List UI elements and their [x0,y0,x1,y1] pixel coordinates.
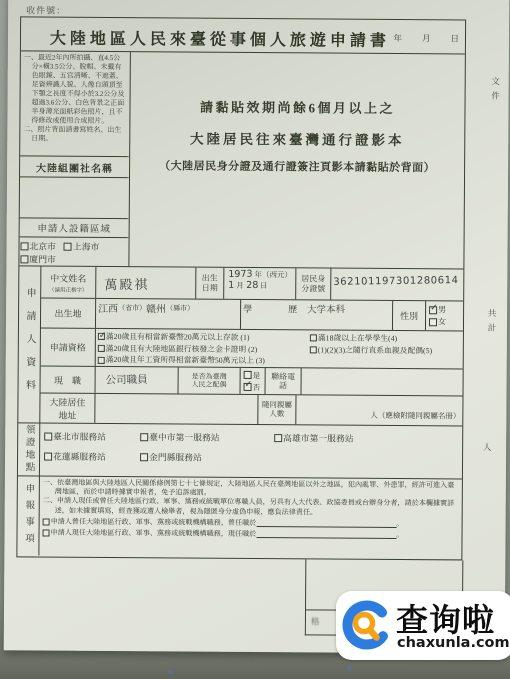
desk-speck [347,667,351,670]
option-label: 滿18歲以上在學學生(4) [318,332,397,344]
declaration-content: 一、依臺灣地區與大陸地區人民關係條例第七十七條規定，大陸地區人民在臺灣地區以外之… [39,476,462,558]
checkbox-beijing: 北京市 [20,239,55,252]
checkbox-kinmen-station: 金門縣服務站 [140,450,266,464]
checkbox-xiamen: 廈門市 [20,252,55,265]
checkbox-qual-5: (1)(2)(3)之隨行直系血親及配偶(5) [310,344,432,357]
checkbox-shanghai: 上海市 [64,240,99,253]
upper-section: 一、最近2年內所拍攝、直4.5公分×橫3.5公分、脫帽、未戴有色眼鏡、五官清晰、… [19,51,464,268]
checkbox-hualien-station: 花蓮縣服務站 [44,450,132,464]
occupation-label: 現 職 [41,366,96,392]
checkbox-icon [310,335,317,342]
magnifier-logo-icon [341,599,393,651]
photo-instruction-1: 一、最近2年內所拍攝、直4.5公分×橫3.5公分、脫帽、未戴有色眼鏡、五官清晰、… [23,53,126,125]
option-label: 男 [438,304,446,315]
margin-note-person: 人 [481,443,493,458]
checkbox-taichung-station: 臺中市第一服務站 [140,430,266,444]
paste-instruction-line1: 請黏貼效期尚餘6個月以上之 [200,97,395,117]
id-number-field: 362101197301280614 [331,269,463,301]
watermark-domain-text: chaxunla.com [397,635,510,651]
option-label: 滿20歲且有相當新臺幣20萬元以上存款 (1) [106,331,250,344]
checkbox-icon [43,518,50,525]
checkbox-icon [429,318,437,326]
education-field: 學 歷 大学本科 [241,300,393,330]
option-label: 花蓮縣服務站 [53,450,106,463]
option-label: 北京市 [29,239,55,252]
checkbox-icon [21,242,29,250]
birthplace-field: 江西 （省市） 赣州 （縣市） [96,299,241,329]
stamp-box-char: 格 [311,615,320,627]
checkbox-icon [98,357,105,364]
address-label: 大陸居住 地址 [40,393,95,422]
left-column: 一、最近2年內所拍攝、直4.5公分×橫3.5公分、脫帽、未戴有色眼鏡、五官清晰、… [19,51,130,266]
checkbox-female: 女 [429,316,461,327]
option-label: (1)(2)(3)之隨行直系血親及配偶(5) [318,344,432,356]
photo-instruction-2: 二、照片背面請書寫姓名、出生日期。 [23,125,126,144]
spouse-field: 是 ✓否 [241,368,266,394]
name-label: 中文姓名 （請用正楷字） [41,266,96,297]
qualification-label: 申請資格 [41,328,96,365]
option-label: 高雄市第一服務站 [283,431,353,444]
qualification-field: ✓滿20歲且有相當新臺幣20萬元以上存款 (1) 滿20歲且有大陸地區銀行核發之… [96,329,463,369]
checkbox-icon [43,530,50,537]
checkbox-qual-4: 滿18歲以上在學學生(4) [310,332,432,345]
companion-count-field: 人（應檢附隨同親屬名冊） [296,395,462,425]
gender-label: 性別 [393,301,426,330]
checkbox-kaohsiung-station: 高雄市第一服務站 [274,431,353,445]
agency-name-label: 大陸組團社名稱 [20,155,129,178]
option-label: 否 [253,381,261,392]
option-label: 廈門市 [29,252,55,265]
option-label: 女 [438,316,446,327]
checkbox-icon [140,453,148,461]
checkbox-icon [98,345,105,352]
pickup-section: 領證地點 臺北市服務站 臺中市第一服務站 高雄市第一服務站 花蓮縣服務站 金門縣… [18,422,462,478]
page-title: 大陸地區人民來臺從事個人旅遊申請書 [21,25,419,51]
phone-label: 聯絡電話 [266,368,302,394]
checkbox-icon: ✓ [429,306,437,314]
name-field: 萬殿祺 [96,267,196,299]
applicant-section-label: 申請人資料 [18,266,41,422]
companion-count-label: 隨同親屬 人數 [258,395,296,424]
watermark: 查询啦 chaxunla.com [336,591,510,660]
application-form: 大陸地區人民來臺從事個人旅遊申請書 年 月 日 一、最近2年內所拍攝、直4.5公… [16,16,466,560]
checkbox-icon [64,242,72,250]
checkbox-icon: ✓ [98,333,105,340]
checkbox-current-position: 申請人現任大陸地區行政、軍事、黨務或統戰機構職務，現任職於 。 [42,529,458,541]
checkbox-taipei-station: 臺北市服務站 [44,430,132,444]
occupation-field: 公司職員 [96,367,179,394]
option-label: 申請人曾任大陸地區行政、軍事、黨務或統戰機構職務，曾任職於 [51,517,257,528]
agency-name-field [20,177,129,218]
spouse-label: 是否為臺灣 人民之配偶 [179,367,241,393]
photo-instructions: 一、最近2年內所拍攝、直4.5公分×橫3.5公分、脫帽、未戴有色眼鏡、五官清晰、… [20,51,130,156]
checkbox-spouse-yes: 是 [244,369,263,380]
option-label: 金門縣服務站 [149,450,202,463]
checkbox-icon [20,255,28,263]
table-row: 現 職 公司職員 是否為臺灣 人民之配偶 是 ✓否 聯絡電話 [41,366,463,396]
margin-note-total: 共計 [486,309,498,338]
option-label: 申請人現任大陸地區行政、軍事、黨務或統戰機構職務，現任職於 [50,529,256,540]
title-row: 大陸地區人民來臺從事個人旅遊申請書 年 月 日 [21,17,465,54]
table-row: 中文姓名 （請用正楷字） 萬殿祺 出生 日期 1973年（西元） 1月28日 [41,266,463,301]
checkbox-icon [140,433,148,441]
option-label: 臺北市服務站 [53,430,106,443]
pickup-options: 臺北市服務站 臺中市第一服務站 高雄市第一服務站 花蓮縣服務站 金門縣服務站 [40,423,462,478]
table-row: 大陸居住 地址 隨同親屬 人數 人（應檢附隨同親屬名冊） [40,393,462,425]
blank-line [256,531,396,539]
checkbox-icon [44,432,52,440]
declaration-item-2: 二、申請人現任或曾任大陸地區行政、軍事、黨務或統戰單位專職人員，另具有人大代表、… [43,497,459,518]
option-label: 是 [253,369,261,380]
applicant-section: 申請人資料 中文姓名 （請用正楷字） 萬殿祺 出生 日期 [18,265,463,425]
applicant-rows: 中文姓名 （請用正楷字） 萬殿祺 出生 日期 1973年（西元） 1月28日 [40,266,463,425]
region-options: 北京市 上海市 廈門市 [19,237,128,266]
birthdate-field: 1973年（西元） 1月28日 [224,268,296,300]
paste-instruction-line3: （大陸居民身分證及通行證簽注頁影本請黏貼於背面） [159,157,435,175]
checkbox-qual-3: 滿20歲且年工資所得相當新臺幣50萬元以上 (3) [98,354,310,367]
checkbox-icon [44,452,52,460]
margin-note-document: 文件 [490,77,502,106]
declaration-section: 申報事項 一、依臺灣地區與大陸地區人民關係條例第七十七條規定，大陸地區人民在臺灣… [17,475,462,558]
checkbox-spouse-no: ✓否 [244,381,263,392]
phone-field [302,368,463,395]
option-label: 滿20歲且有大陸地區銀行核發之金卡證明 (2) [106,343,257,356]
permit-paste-area: 請黏貼效期尚餘6個月以上之 大陸居民往來臺灣通行證影本 （大陸居民身分證及通行證… [129,52,464,268]
date-fields-label: 年 月 日 [393,32,460,44]
gender-field: ✓男 女 [426,301,463,330]
paste-instruction-line2: 大陸居民往來臺灣通行證影本 [190,128,405,149]
checkbox-icon [274,434,282,442]
checkbox-icon [244,371,252,379]
checkbox-icon [310,346,317,353]
paper-sheet: 收件號： 大陸地區人民來臺從事個人旅遊申請書 年 月 日 一、最近2年內所拍攝、… [4,0,510,654]
birthplace-label: 出生地 [41,298,96,327]
checkbox-male: ✓男 [429,304,461,315]
desk-speck [168,671,173,674]
table-row: 申請資格 ✓滿20歲且有相當新臺幣20萬元以上存款 (1) 滿20歲且有大陸地區… [41,328,463,369]
option-label: 滿20歲且年工資所得相當新臺幣50萬元以上 (3) [106,354,265,367]
region-label: 申請人設籍區域 [20,217,129,238]
birthdate-label: 出生 日期 [196,268,224,299]
checkbox-former-position: 申請人曾任大陸地區行政、軍事、黨務或統戰機構職務，曾任職於 。 [43,517,459,529]
receipt-number-label: 收件號： [26,3,66,16]
blank-line [256,520,396,528]
id-number-label: 居民身 分證號 [296,268,331,299]
declaration-section-label: 申報事項 [17,476,40,555]
option-label: 上海市 [73,240,99,253]
address-field [95,394,258,424]
option-label: 臺中市第一服務站 [149,430,219,443]
table-row: 出生地 江西 （省市） 赣州 （縣市） 學 歷 大学本科 [41,298,463,331]
pickup-section-label: 領證地點 [18,423,40,475]
checkbox-icon: ✓ [244,383,252,391]
